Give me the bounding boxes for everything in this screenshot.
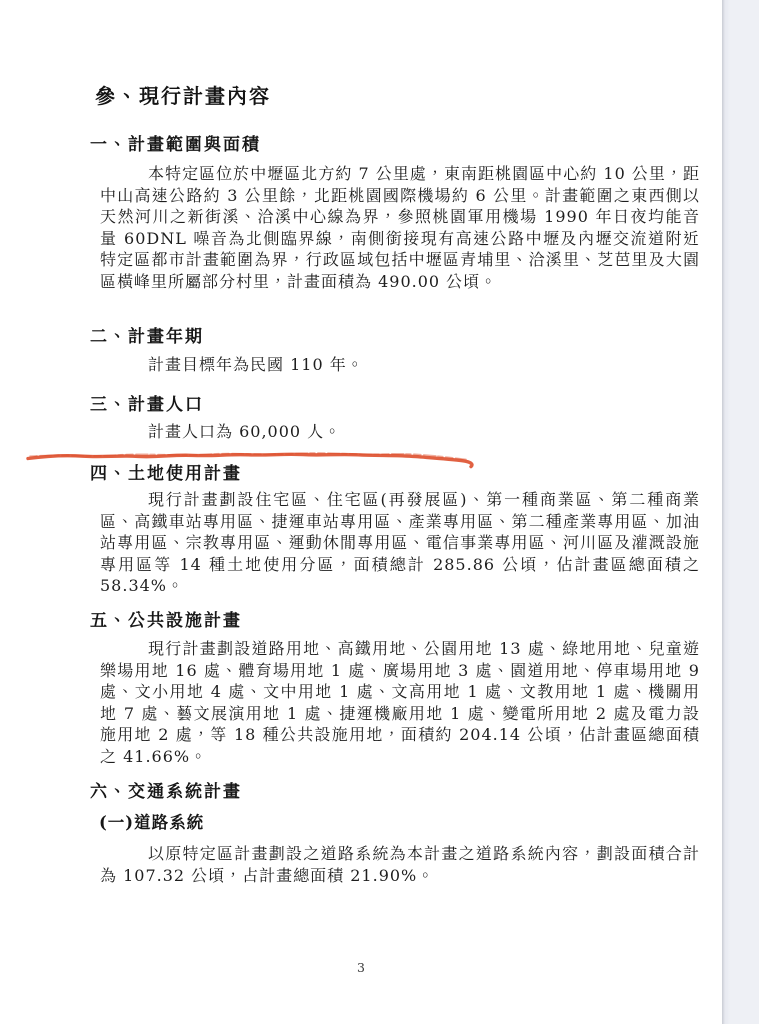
section-body-4: 現行計畫劃設住宅區、住宅區(再發展區)、第一種商業區、第二種商業區、高鐵車站專用… — [100, 489, 700, 597]
section-heading-6: 六、交通系統計畫 — [90, 777, 242, 802]
section-heading-4: 四、土地使用計畫 — [90, 459, 242, 484]
section-heading-5: 五、公共設施計畫 — [90, 606, 242, 631]
section-body-6: 以原特定區計畫劃設之道路系統為本計畫之道路系統內容，劃設面積合計為 107.32… — [100, 843, 700, 886]
section-heading-2: 二、計畫年期 — [90, 322, 204, 347]
section-body-2: 計畫目標年為民國 110 年。 — [100, 354, 700, 376]
section-subheading-6: (一)道路系統 — [99, 809, 204, 833]
section-body-1: 本特定區位於中壢區北方約 7 公里處，東南距桃園區中心約 10 公里，距中山高速… — [100, 163, 700, 292]
section-heading-3: 三、計畫人口 — [90, 390, 204, 415]
document-viewer: 參、現行計畫內容 一、計畫範圍與面積 本特定區位於中壢區北方約 7 公里處，東南… — [0, 0, 759, 1024]
scanned-page: 參、現行計畫內容 一、計畫範圍與面積 本特定區位於中壢區北方約 7 公里處，東南… — [0, 0, 722, 1024]
page-number: 3 — [0, 960, 722, 975]
section-body-3: 計畫人口為 60,000 人。 — [100, 421, 700, 443]
section-heading-1: 一、計畫範圍與面積 — [90, 130, 261, 155]
section-body-5: 現行計畫劃設道路用地、高鐵用地、公園用地 13 處、綠地用地、兒童遊樂場用地 1… — [100, 638, 700, 767]
red-squiggle-annotation — [18, 444, 488, 474]
viewer-background-band — [722, 0, 759, 1024]
page-title: 參、現行計畫內容 — [95, 80, 271, 109]
